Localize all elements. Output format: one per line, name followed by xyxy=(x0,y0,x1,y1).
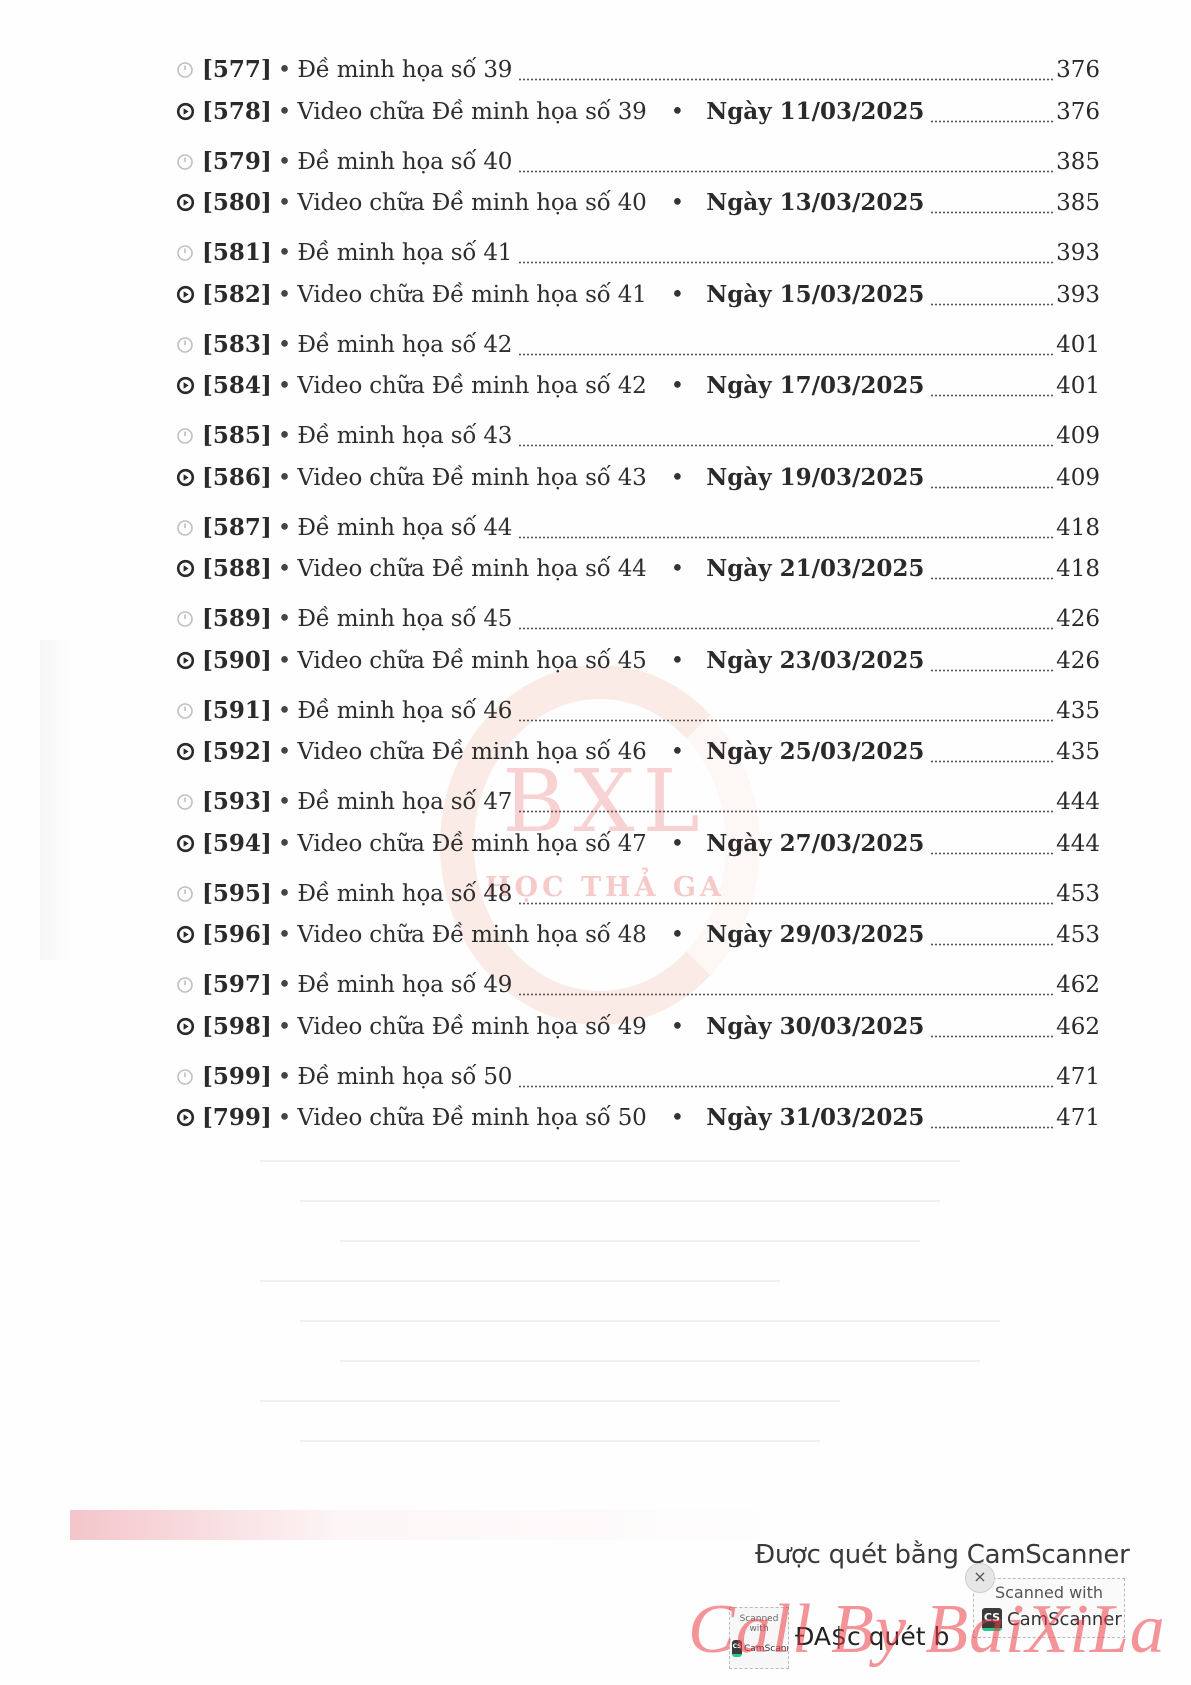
separator-dot: • xyxy=(671,1105,685,1131)
entry-code: [593] xyxy=(202,788,272,815)
play-circle-icon xyxy=(176,376,196,395)
play-circle-icon xyxy=(176,1017,196,1036)
close-icon[interactable]: × xyxy=(965,1563,995,1593)
entry-date: Ngày 30/03/2025 xyxy=(706,1013,924,1040)
entry-date: Ngày 25/03/2025 xyxy=(706,738,924,765)
entry-date: Ngày 15/03/2025 xyxy=(706,281,924,308)
scan-bleed-line xyxy=(300,1320,1000,1322)
scan-bleed-line xyxy=(260,1280,780,1282)
page-number: 435 xyxy=(1056,698,1100,724)
entry-title: Đề minh họa số 48 xyxy=(297,881,512,907)
toc-row-exam[interactable]: [583]•Đề minh họa số 42401 xyxy=(176,331,1100,363)
toc-row-video[interactable]: [592]•Video chữa Đề minh họa số 46•Ngày … xyxy=(176,738,1100,770)
toc-row-video[interactable]: [596]•Video chữa Đề minh họa số 48•Ngày … xyxy=(176,921,1100,953)
separator-dot: • xyxy=(278,831,292,857)
entry-code: [599] xyxy=(202,1063,272,1090)
scan-bleed-line xyxy=(340,1240,920,1242)
entry-title: Đề minh họa số 49 xyxy=(297,972,512,998)
entry-date: Ngày 17/03/2025 xyxy=(706,372,924,399)
page-number: 385 xyxy=(1056,149,1100,175)
separator-dot: • xyxy=(671,556,685,582)
separator-dot: • xyxy=(278,556,292,582)
toc-row-video[interactable]: [582]•Video chữa Đề minh họa số 41•Ngày … xyxy=(176,281,1100,313)
separator-dot: • xyxy=(278,1014,292,1040)
dot-leader xyxy=(930,1035,1054,1038)
clock-icon xyxy=(176,519,196,537)
page-number: 435 xyxy=(1056,739,1100,765)
toc-row-video[interactable]: [584]•Video chữa Đề minh họa số 42•Ngày … xyxy=(176,372,1100,404)
dot-leader xyxy=(518,261,1054,264)
entry-date: Ngày 13/03/2025 xyxy=(706,189,924,216)
scan-bleed-line xyxy=(340,1360,980,1362)
entry-code: [584] xyxy=(202,372,272,399)
play-circle-icon xyxy=(176,1108,196,1127)
toc-row-exam[interactable]: [595]•Đề minh họa số 48453 xyxy=(176,880,1100,912)
toc-row-exam[interactable]: [593]•Đề minh họa số 47444 xyxy=(176,788,1100,820)
clock-icon xyxy=(176,244,196,262)
scan-bleed-line xyxy=(300,1440,820,1442)
entry-code: [581] xyxy=(202,239,272,266)
entry-code: [596] xyxy=(202,921,272,948)
entry-title: Đề minh họa số 46 xyxy=(297,698,512,724)
entry-code: [799] xyxy=(202,1104,272,1131)
dot-leader xyxy=(930,1126,1054,1129)
toc-row-video[interactable]: [598]•Video chữa Đề minh họa số 49•Ngày … xyxy=(176,1013,1100,1045)
clock-icon xyxy=(176,793,196,811)
page-number: 376 xyxy=(1056,57,1100,83)
separator-dot: • xyxy=(278,698,292,724)
separator-dot: • xyxy=(278,373,292,399)
entry-date: Ngày 27/03/2025 xyxy=(706,830,924,857)
dot-leader xyxy=(930,852,1054,855)
separator-dot: • xyxy=(278,1064,292,1090)
separator-dot: • xyxy=(671,373,685,399)
dot-leader xyxy=(518,902,1054,905)
play-circle-icon xyxy=(176,102,196,121)
dot-leader xyxy=(518,78,1054,81)
separator-dot: • xyxy=(278,240,292,266)
dot-leader xyxy=(518,170,1054,173)
toc-row-exam[interactable]: [585]•Đề minh họa số 43409 xyxy=(176,422,1100,454)
dot-leader xyxy=(930,211,1054,214)
dot-leader xyxy=(930,943,1054,946)
separator-dot: • xyxy=(278,648,292,674)
dot-leader xyxy=(930,669,1054,672)
toc-row-video[interactable]: [594]•Video chữa Đề minh họa số 47•Ngày … xyxy=(176,830,1100,862)
scan-bleed-line xyxy=(300,1200,940,1202)
scan-shadow xyxy=(40,640,70,960)
separator-dot: • xyxy=(278,922,292,948)
separator-dot: • xyxy=(671,922,685,948)
entry-code: [592] xyxy=(202,738,272,765)
separator-dot: • xyxy=(671,648,685,674)
separator-dot: • xyxy=(671,465,685,491)
page-number: 393 xyxy=(1056,282,1100,308)
play-circle-icon xyxy=(176,742,196,761)
page-number: 401 xyxy=(1056,373,1100,399)
clock-icon xyxy=(176,153,196,171)
play-circle-icon xyxy=(176,925,196,944)
clock-icon xyxy=(176,1068,196,1086)
entry-title: Đề minh họa số 47 xyxy=(297,789,512,815)
entry-code: [583] xyxy=(202,331,272,358)
dot-leader xyxy=(930,486,1054,489)
play-circle-icon xyxy=(176,193,196,212)
entry-code: [589] xyxy=(202,605,272,632)
dot-leader xyxy=(930,120,1054,123)
entry-code: [595] xyxy=(202,880,272,907)
separator-dot: • xyxy=(278,881,292,907)
entry-title: Đề minh họa số 42 xyxy=(297,332,512,358)
play-circle-icon xyxy=(176,559,196,578)
entry-code: [587] xyxy=(202,514,272,541)
dot-leader xyxy=(518,353,1054,356)
play-circle-icon xyxy=(176,468,196,487)
separator-dot: • xyxy=(278,99,292,125)
entry-title: Đề minh họa số 41 xyxy=(297,240,512,266)
scan-bleed-band xyxy=(70,1510,970,1540)
dot-leader xyxy=(518,627,1054,630)
toc-row-video[interactable]: [799]•Video chữa Đề minh họa số 50•Ngày … xyxy=(176,1104,1100,1136)
dot-leader xyxy=(930,303,1054,306)
separator-dot: • xyxy=(671,831,685,857)
dot-leader xyxy=(518,444,1054,447)
entry-title: Video chữa Đề minh họa số 44 xyxy=(297,556,646,582)
separator-dot: • xyxy=(278,606,292,632)
entry-code: [577] xyxy=(202,56,272,83)
entry-code: [578] xyxy=(202,98,272,125)
scan-bleed-line xyxy=(260,1400,840,1402)
entry-code: [588] xyxy=(202,555,272,582)
page-number: 393 xyxy=(1056,240,1100,266)
entry-title: Đề minh họa số 40 xyxy=(297,149,512,175)
dot-leader xyxy=(518,536,1054,539)
separator-dot: • xyxy=(278,332,292,358)
entry-code: [598] xyxy=(202,1013,272,1040)
scan-bleed-line xyxy=(260,1160,960,1162)
entry-date: Ngày 29/03/2025 xyxy=(706,921,924,948)
credit-watermark: Call By BaiXiLa xyxy=(688,1590,1166,1670)
toc-row-exam[interactable]: [597]•Đề minh họa số 49462 xyxy=(176,971,1100,1003)
entry-code: [582] xyxy=(202,281,272,308)
entry-code: [586] xyxy=(202,464,272,491)
entry-date: Ngày 19/03/2025 xyxy=(706,464,924,491)
toc-row-exam[interactable]: [589]•Đề minh họa số 45426 xyxy=(176,605,1100,637)
separator-dot: • xyxy=(671,1014,685,1040)
entry-title: Video chữa Đề minh họa số 45 xyxy=(297,648,646,674)
entry-code: [597] xyxy=(202,971,272,998)
dot-leader xyxy=(930,394,1054,397)
page-number: 418 xyxy=(1056,515,1100,541)
entry-title: Video chữa Đề minh họa số 40 xyxy=(297,190,646,216)
dot-leader xyxy=(518,1085,1054,1088)
toc-row-exam[interactable]: [579]•Đề minh họa số 40385 xyxy=(176,148,1100,180)
entry-title: Video chữa Đề minh họa số 46 xyxy=(297,739,646,765)
entry-code: [579] xyxy=(202,148,272,175)
toc-row-exam[interactable]: [591]•Đề minh họa số 46435 xyxy=(176,697,1100,729)
page-number: 462 xyxy=(1056,972,1100,998)
entry-date: Ngày 31/03/2025 xyxy=(706,1104,924,1131)
entry-title: Video chữa Đề minh họa số 49 xyxy=(297,1014,646,1040)
page-number: 409 xyxy=(1056,423,1100,449)
toc-row-video[interactable]: [590]•Video chữa Đề minh họa số 45•Ngày … xyxy=(176,647,1100,679)
entry-date: Ngày 21/03/2025 xyxy=(706,555,924,582)
entry-title: Đề minh họa số 45 xyxy=(297,606,512,632)
page-number: 453 xyxy=(1056,922,1100,948)
entry-title: Video chữa Đề minh họa số 47 xyxy=(297,831,646,857)
dot-leader xyxy=(518,810,1054,813)
clock-icon xyxy=(176,427,196,445)
separator-dot: • xyxy=(278,1105,292,1131)
separator-dot: • xyxy=(278,515,292,541)
page-number: 426 xyxy=(1056,648,1100,674)
toc-row-exam[interactable]: [587]•Đề minh họa số 44418 xyxy=(176,514,1100,546)
entry-title: Video chữa Đề minh họa số 48 xyxy=(297,922,646,948)
clock-icon xyxy=(176,702,196,720)
toc-row-video[interactable]: [580]•Video chữa Đề minh họa số 40•Ngày … xyxy=(176,189,1100,221)
toc-row-video[interactable]: [586]•Video chữa Đề minh họa số 43•Ngày … xyxy=(176,464,1100,496)
page-number: 426 xyxy=(1056,606,1100,632)
dot-leader xyxy=(518,993,1054,996)
play-circle-icon xyxy=(176,834,196,853)
dot-leader xyxy=(518,719,1054,722)
toc-row-exam[interactable]: [599]•Đề minh họa số 50471 xyxy=(176,1063,1100,1095)
separator-dot: • xyxy=(671,190,685,216)
page-number: 444 xyxy=(1056,789,1100,815)
entry-date: Ngày 23/03/2025 xyxy=(706,647,924,674)
toc-row-video[interactable]: [588]•Video chữa Đề minh họa số 44•Ngày … xyxy=(176,555,1100,587)
entry-code: [585] xyxy=(202,422,272,449)
entry-code: [590] xyxy=(202,647,272,674)
clock-icon xyxy=(176,610,196,628)
clock-icon xyxy=(176,336,196,354)
separator-dot: • xyxy=(278,465,292,491)
entry-code: [594] xyxy=(202,830,272,857)
page-number: 444 xyxy=(1056,831,1100,857)
toc-row-exam[interactable]: [581]•Đề minh họa số 41393 xyxy=(176,239,1100,271)
clock-icon xyxy=(176,61,196,79)
entry-title: Video chữa Đề minh họa số 43 xyxy=(297,465,646,491)
camscanner-caption: Được quét bằng CamScanner xyxy=(755,1540,1130,1570)
page-number: 409 xyxy=(1056,465,1100,491)
separator-dot: • xyxy=(671,99,685,125)
separator-dot: • xyxy=(278,739,292,765)
separator-dot: • xyxy=(278,972,292,998)
separator-dot: • xyxy=(278,423,292,449)
page-number: 418 xyxy=(1056,556,1100,582)
separator-dot: • xyxy=(278,789,292,815)
separator-dot: • xyxy=(671,739,685,765)
entry-title: Video chữa Đề minh họa số 39 xyxy=(297,99,646,125)
clock-icon xyxy=(176,885,196,903)
entry-title: Đề minh họa số 39 xyxy=(297,57,512,83)
entry-code: [580] xyxy=(202,189,272,216)
dot-leader xyxy=(930,760,1054,763)
clock-icon xyxy=(176,976,196,994)
play-circle-icon xyxy=(176,285,196,304)
entry-title: Đề minh họa số 44 xyxy=(297,515,512,541)
page-number: 401 xyxy=(1056,332,1100,358)
separator-dot: • xyxy=(671,282,685,308)
entry-title: Video chữa Đề minh họa số 41 xyxy=(297,282,646,308)
page-number: 471 xyxy=(1056,1064,1100,1090)
entry-title: Đề minh họa số 50 xyxy=(297,1064,512,1090)
separator-dot: • xyxy=(278,282,292,308)
entry-title: Đề minh họa số 43 xyxy=(297,423,512,449)
entry-title: Video chữa Đề minh họa số 50 xyxy=(297,1105,646,1131)
entry-date: Ngày 11/03/2025 xyxy=(706,98,924,125)
page-number: 376 xyxy=(1056,99,1100,125)
toc-row-video[interactable]: [578]•Video chữa Đề minh họa số 39•Ngày … xyxy=(176,98,1100,130)
play-circle-icon xyxy=(176,651,196,670)
page-number: 453 xyxy=(1056,881,1100,907)
separator-dot: • xyxy=(278,190,292,216)
page-number: 462 xyxy=(1056,1014,1100,1040)
toc-row-exam[interactable]: [577]•Đề minh họa số 39376 xyxy=(176,56,1100,88)
page-number: 385 xyxy=(1056,190,1100,216)
separator-dot: • xyxy=(278,57,292,83)
entry-title: Video chữa Đề minh họa số 42 xyxy=(297,373,646,399)
page-number: 471 xyxy=(1056,1105,1100,1131)
separator-dot: • xyxy=(278,149,292,175)
entry-code: [591] xyxy=(202,697,272,724)
dot-leader xyxy=(930,577,1054,580)
